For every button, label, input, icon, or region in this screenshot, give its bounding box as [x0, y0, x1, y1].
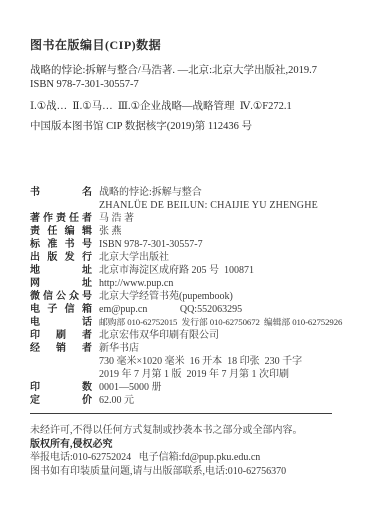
field-label: 地址 [30, 264, 92, 277]
colophon-row-address: 地址 北京市海淀区成府路 205 号 100871 [30, 264, 350, 277]
field-value: 马 浩 著 [99, 212, 134, 225]
field-value: 张 燕 [99, 225, 122, 238]
colophon-row-email: 电子信箱 em@pup.cn QQ:552063295 [30, 303, 350, 316]
colophon-row-distributor: 经销者 新华书店 [30, 342, 350, 355]
cip-block: 图书在版编目(CIP)数据 战略的悖论:拆解与整合/马浩著. —北京:北京大学出… [30, 38, 350, 134]
field-label: 出版发行 [30, 251, 92, 264]
field-label: 著作责任者 [30, 212, 92, 225]
field-label: 电话 [30, 316, 92, 329]
field-label: 网址 [30, 277, 92, 290]
field-label: 责任编辑 [30, 225, 92, 238]
rights-reserved-statement: 版权所有,侵权必究 [30, 438, 350, 452]
copyright-page: 图书在版编目(CIP)数据 战略的悖论:拆解与整合/马浩著. —北京:北京大学出… [0, 0, 375, 513]
field-value: 北京大学出版社 [99, 251, 169, 264]
field-value: 新华书店 [99, 342, 139, 355]
field-label: 标准书号 [30, 238, 92, 251]
field-label: 电子信箱 [30, 303, 92, 316]
colophon-row-isbn: 标准书号 ISBN 978-7-301-30557-7 [30, 238, 350, 251]
colophon-row-price: 定价 62.00 元 [30, 394, 350, 407]
colophon-block: 书名 战略的悖论:拆解与整合 ZHANLÜE DE BEILUN: CHAIJI… [30, 186, 350, 407]
quality-contact-line: 图书如有印装质量问题,请与出版部联系,电话:010-62756370 [30, 465, 350, 479]
horizontal-rule [30, 413, 332, 414]
colophon-row-print-run: 印数 0001—5000 册 [30, 381, 350, 394]
field-value: 730 毫米×1020 毫米 16 开本 18 印张 230 千字 [99, 355, 302, 368]
field-value: ISBN 978-7-301-30557-7 [99, 238, 203, 251]
colophon-row-editor: 责任编辑 张 燕 [30, 225, 350, 238]
rights-notice-block: 未经许可,不得以任何方式复制或抄袭本书之部分或全部内容。 版权所有,侵权必究 举… [30, 424, 350, 478]
field-value: em@pup.cn QQ:552063295 [99, 303, 242, 316]
copy-prohibition-notice: 未经许可,不得以任何方式复制或抄袭本书之部分或全部内容。 [30, 424, 350, 438]
field-label: 微信公众号 [30, 290, 92, 303]
field-value: 北京宏伟双华印刷有限公司 [99, 329, 219, 342]
field-value: 北京大学经管书苑(pupembook) [99, 290, 233, 303]
field-value: 62.00 元 [99, 394, 134, 407]
field-value: ZHANLÜE DE BEILUN: CHAIJIE YU ZHENGHE [99, 199, 318, 212]
colophon-row-publisher: 出版发行 北京大学出版社 [30, 251, 350, 264]
field-label: 书名 [30, 186, 92, 199]
colophon-row-phone: 电话 邮购部 010-62752015 发行部 010-62750672 编辑部… [30, 316, 350, 329]
colophon-row-title: 书名 战略的悖论:拆解与整合 [30, 186, 350, 199]
colophon-row-pinyin: ZHANLÜE DE BEILUN: CHAIJIE YU ZHENGHE [30, 199, 350, 212]
field-label: 印刷者 [30, 329, 92, 342]
field-value: 战略的悖论:拆解与整合 [99, 186, 202, 199]
colophon-row-wechat: 微信公众号 北京大学经管书苑(pupembook) [30, 290, 350, 303]
colophon-row-edition: 2019 年 7 月第 1 版 2019 年 7 月第 1 次印刷 [30, 368, 350, 381]
field-label: 印数 [30, 381, 92, 394]
report-contact-line: 举报电话:010-62752024 电子信箱:fd@pup.pku.edu.cn [30, 451, 350, 465]
field-label: 经销者 [30, 342, 92, 355]
colophon-row-format: 730 毫米×1020 毫米 16 开本 18 印张 230 千字 [30, 355, 350, 368]
field-value: 2019 年 7 月第 1 版 2019 年 7 月第 1 次印刷 [99, 368, 289, 381]
field-value: 北京市海淀区成府路 205 号 100871 [99, 264, 254, 277]
field-value: 0001—5000 册 [99, 381, 162, 394]
cip-catalog-line: 战略的悖论:拆解与整合/马浩著. —北京:北京大学出版社,2019.7 [30, 64, 350, 78]
cip-isbn-line: ISBN 978-7-301-30557-7 [30, 78, 350, 92]
colophon-row-printer: 印刷者 北京宏伟双华印刷有限公司 [30, 329, 350, 342]
cip-heading: 图书在版编目(CIP)数据 [30, 38, 350, 52]
cip-classification-line: Ⅰ.①战… Ⅱ.①马… Ⅲ.①企业战略—战略管理 Ⅳ.①F272.1 [30, 100, 350, 114]
cip-record-number-line: 中国版本图书馆 CIP 数据核字(2019)第 112436 号 [30, 120, 350, 134]
field-value: 邮购部 010-62752015 发行部 010-62750672 编辑部 01… [99, 316, 342, 329]
colophon-row-website: 网址 http://www.pup.cn [30, 277, 350, 290]
field-value: http://www.pup.cn [99, 277, 173, 290]
colophon-row-author: 著作责任者 马 浩 著 [30, 212, 350, 225]
field-label: 定价 [30, 394, 92, 407]
